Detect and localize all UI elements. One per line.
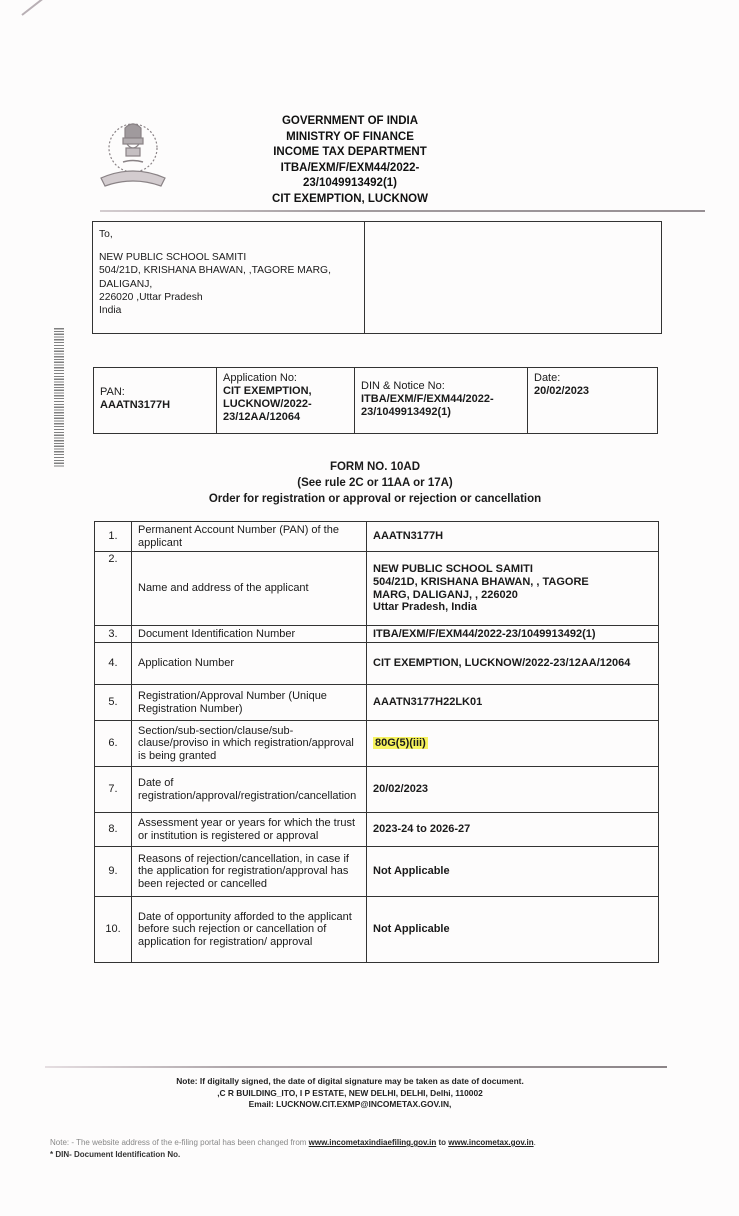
table-row: 6.Section/sub-section/clause/sub-clause/…	[95, 721, 659, 767]
row-number: 2.	[95, 552, 132, 626]
date-label: Date:	[534, 372, 651, 385]
recipient-box-blank	[365, 222, 661, 333]
row-number: 5.	[95, 685, 132, 721]
address-line: 226020 ,Uttar Pradesh	[99, 291, 358, 304]
date-value: 20/02/2023	[534, 385, 651, 398]
header-divider	[100, 210, 705, 212]
table-row: 7.Date of registration/approval/registra…	[95, 767, 659, 813]
header-line-ministry: MINISTRY OF FINANCE	[230, 130, 470, 146]
row-description: Application Number	[132, 643, 367, 685]
table-row: 10.Date of opportunity afforded to the a…	[95, 897, 659, 963]
row-number: 6.	[95, 721, 132, 767]
date-cell: Date: 20/02/2023	[528, 368, 657, 433]
form-number: FORM NO. 10AD	[150, 459, 600, 475]
row-value: 20/02/2023	[367, 767, 659, 813]
table-row: 8.Assessment year or years for which the…	[95, 813, 659, 847]
row-value: ITBA/EXM/F/EXM44/2022-23/1049913492(1)	[367, 626, 659, 643]
row-value: AAATN3177H	[367, 522, 659, 552]
value-line: 504/21D, KRISHANA BHAWAN, , TAGORE	[373, 576, 652, 589]
din-label: DIN & Notice No:	[361, 380, 521, 393]
to-label: To,	[99, 228, 358, 241]
form-title-block: FORM NO. 10AD (See rule 2C or 11AA or 17…	[150, 459, 600, 507]
document-header: GOVERNMENT OF INDIA MINISTRY OF FINANCE …	[230, 114, 470, 207]
header-line-government: GOVERNMENT OF INDIA	[230, 114, 470, 130]
application-value: CIT EXEMPTION, LUCKNOW/2022-23/12AA/1206…	[223, 385, 348, 424]
value-text: CIT EXEMPTION, LUCKNOW/2022-23/12AA/1206…	[373, 657, 630, 669]
value-text: 20/02/2023	[373, 783, 428, 795]
row-value: Not Applicable	[367, 847, 659, 897]
row-number: 4.	[95, 643, 132, 685]
row-value: NEW PUBLIC SCHOOL SAMITI504/21D, KRISHAN…	[367, 552, 659, 626]
new-portal-link[interactable]: www.incometax.gov.in	[448, 1138, 533, 1147]
value-line: MARG, DALIGANJ, , 226020	[373, 589, 652, 602]
value-text: AAATN3177H	[373, 530, 443, 542]
value-text: Not Applicable	[373, 865, 450, 877]
national-emblem-icon	[96, 114, 170, 194]
row-number: 3.	[95, 626, 132, 643]
footer-address: ,C R BUILDING_ITO, I P ESTATE, NEW DELHI…	[120, 1088, 580, 1100]
old-portal-link[interactable]: www.incometaxindiaefiling.gov.in	[309, 1138, 437, 1147]
pan-value: AAATN3177H	[100, 399, 210, 412]
din-cell: DIN & Notice No: ITBA/EXM/F/EXM44/2022-2…	[355, 368, 528, 433]
table-row: 5.Registration/Approval Number (Unique R…	[95, 685, 659, 721]
row-description: Assessment year or years for which the t…	[132, 813, 367, 847]
row-description: Date of opportunity afforded to the appl…	[132, 897, 367, 963]
value-text: ITBA/EXM/F/EXM44/2022-23/1049913492(1)	[373, 628, 596, 640]
header-line-reference-2: 23/1049913492(1)	[230, 176, 470, 192]
row-description: Permanent Account Number (PAN) of the ap…	[132, 522, 367, 552]
header-line-reference-1: ITBA/EXM/F/EXM44/2022-	[230, 161, 470, 177]
header-line-office: CIT EXEMPTION, LUCKNOW	[230, 192, 470, 208]
row-number: 1.	[95, 522, 132, 552]
application-cell: Application No: CIT EXEMPTION, LUCKNOW/2…	[217, 368, 355, 433]
footer-divider	[45, 1066, 667, 1068]
row-value: AAATN3177H22LK01	[367, 685, 659, 721]
pan-cell: PAN: AAATN3177H	[94, 368, 217, 433]
value-text: AAATN3177H22LK01	[373, 696, 482, 708]
portal-note-prefix: Note: - The website address of the e-fil…	[50, 1138, 309, 1147]
row-number: 9.	[95, 847, 132, 897]
address-line: 504/21D, KRISHANA BHAWAN, ,TAGORE MARG,	[99, 264, 358, 277]
value-text: Not Applicable	[373, 923, 450, 935]
value-line: Uttar Pradesh, India	[373, 601, 652, 614]
form-subtitle: Order for registration or approval or re…	[150, 491, 600, 507]
highlighted-value: 80G(5)(iii)	[373, 737, 428, 749]
row-number: 10.	[95, 897, 132, 963]
bottom-notes: Note: - The website address of the e-fil…	[50, 1137, 650, 1160]
table-row: 3.Document Identification NumberITBA/EXM…	[95, 626, 659, 643]
row-value: Not Applicable	[367, 897, 659, 963]
application-label: Application No:	[223, 372, 348, 385]
portal-note-suffix: .	[534, 1138, 536, 1147]
recipient-box: To, NEW PUBLIC SCHOOL SAMITI 504/21D, KR…	[92, 221, 662, 334]
address-line: DALIGANJ,	[99, 278, 358, 291]
row-description: Document Identification Number	[132, 626, 367, 643]
din-value: ITBA/EXM/F/EXM44/2022-23/1049913492(1)	[361, 393, 521, 419]
row-number: 8.	[95, 813, 132, 847]
barcode	[54, 328, 64, 468]
pen-mark	[21, 0, 47, 16]
footer-note: Note: If digitally signed, the date of d…	[120, 1076, 580, 1088]
address-line: India	[99, 304, 358, 317]
recipient-address: To, NEW PUBLIC SCHOOL SAMITI 504/21D, KR…	[93, 222, 365, 333]
pan-label: PAN:	[100, 386, 210, 399]
row-value: 2023-24 to 2026-27	[367, 813, 659, 847]
order-details-table: 1.Permanent Account Number (PAN) of the …	[94, 521, 659, 963]
row-value: CIT EXEMPTION, LUCKNOW/2022-23/12AA/1206…	[367, 643, 659, 685]
table-row: 1.Permanent Account Number (PAN) of the …	[95, 522, 659, 552]
value-text: 2023-24 to 2026-27	[373, 823, 470, 835]
row-value: 80G(5)(iii)	[367, 721, 659, 767]
row-description: Name and address of the applicant	[132, 552, 367, 626]
table-row: 2.Name and address of the applicantNEW P…	[95, 552, 659, 626]
row-description: Section/sub-section/clause/sub-clause/pr…	[132, 721, 367, 767]
row-description: Date of registration/approval/registrati…	[132, 767, 367, 813]
row-description: Registration/Approval Number (Unique Reg…	[132, 685, 367, 721]
row-description: Reasons of rejection/cancellation, in ca…	[132, 847, 367, 897]
value-line: NEW PUBLIC SCHOOL SAMITI	[373, 563, 652, 576]
row-number: 7.	[95, 767, 132, 813]
form-rule: (See rule 2C or 11AA or 17A)	[150, 475, 600, 491]
portal-note-mid: to	[436, 1138, 448, 1147]
table-row: 9.Reasons of rejection/cancellation, in …	[95, 847, 659, 897]
footer-email: Email: LUCKNOW.CIT.EXMP@INCOMETAX.GOV.IN…	[120, 1099, 580, 1111]
din-footnote: * DIN- Document Identification No.	[50, 1149, 650, 1161]
portal-change-note: Note: - The website address of the e-fil…	[50, 1137, 650, 1149]
table-row: 4.Application NumberCIT EXEMPTION, LUCKN…	[95, 643, 659, 685]
header-line-department: INCOME TAX DEPARTMENT	[230, 145, 470, 161]
info-strip: PAN: AAATN3177H Application No: CIT EXEM…	[93, 367, 658, 434]
address-line: NEW PUBLIC SCHOOL SAMITI	[99, 251, 358, 264]
footer-block: Note: If digitally signed, the date of d…	[120, 1076, 580, 1111]
